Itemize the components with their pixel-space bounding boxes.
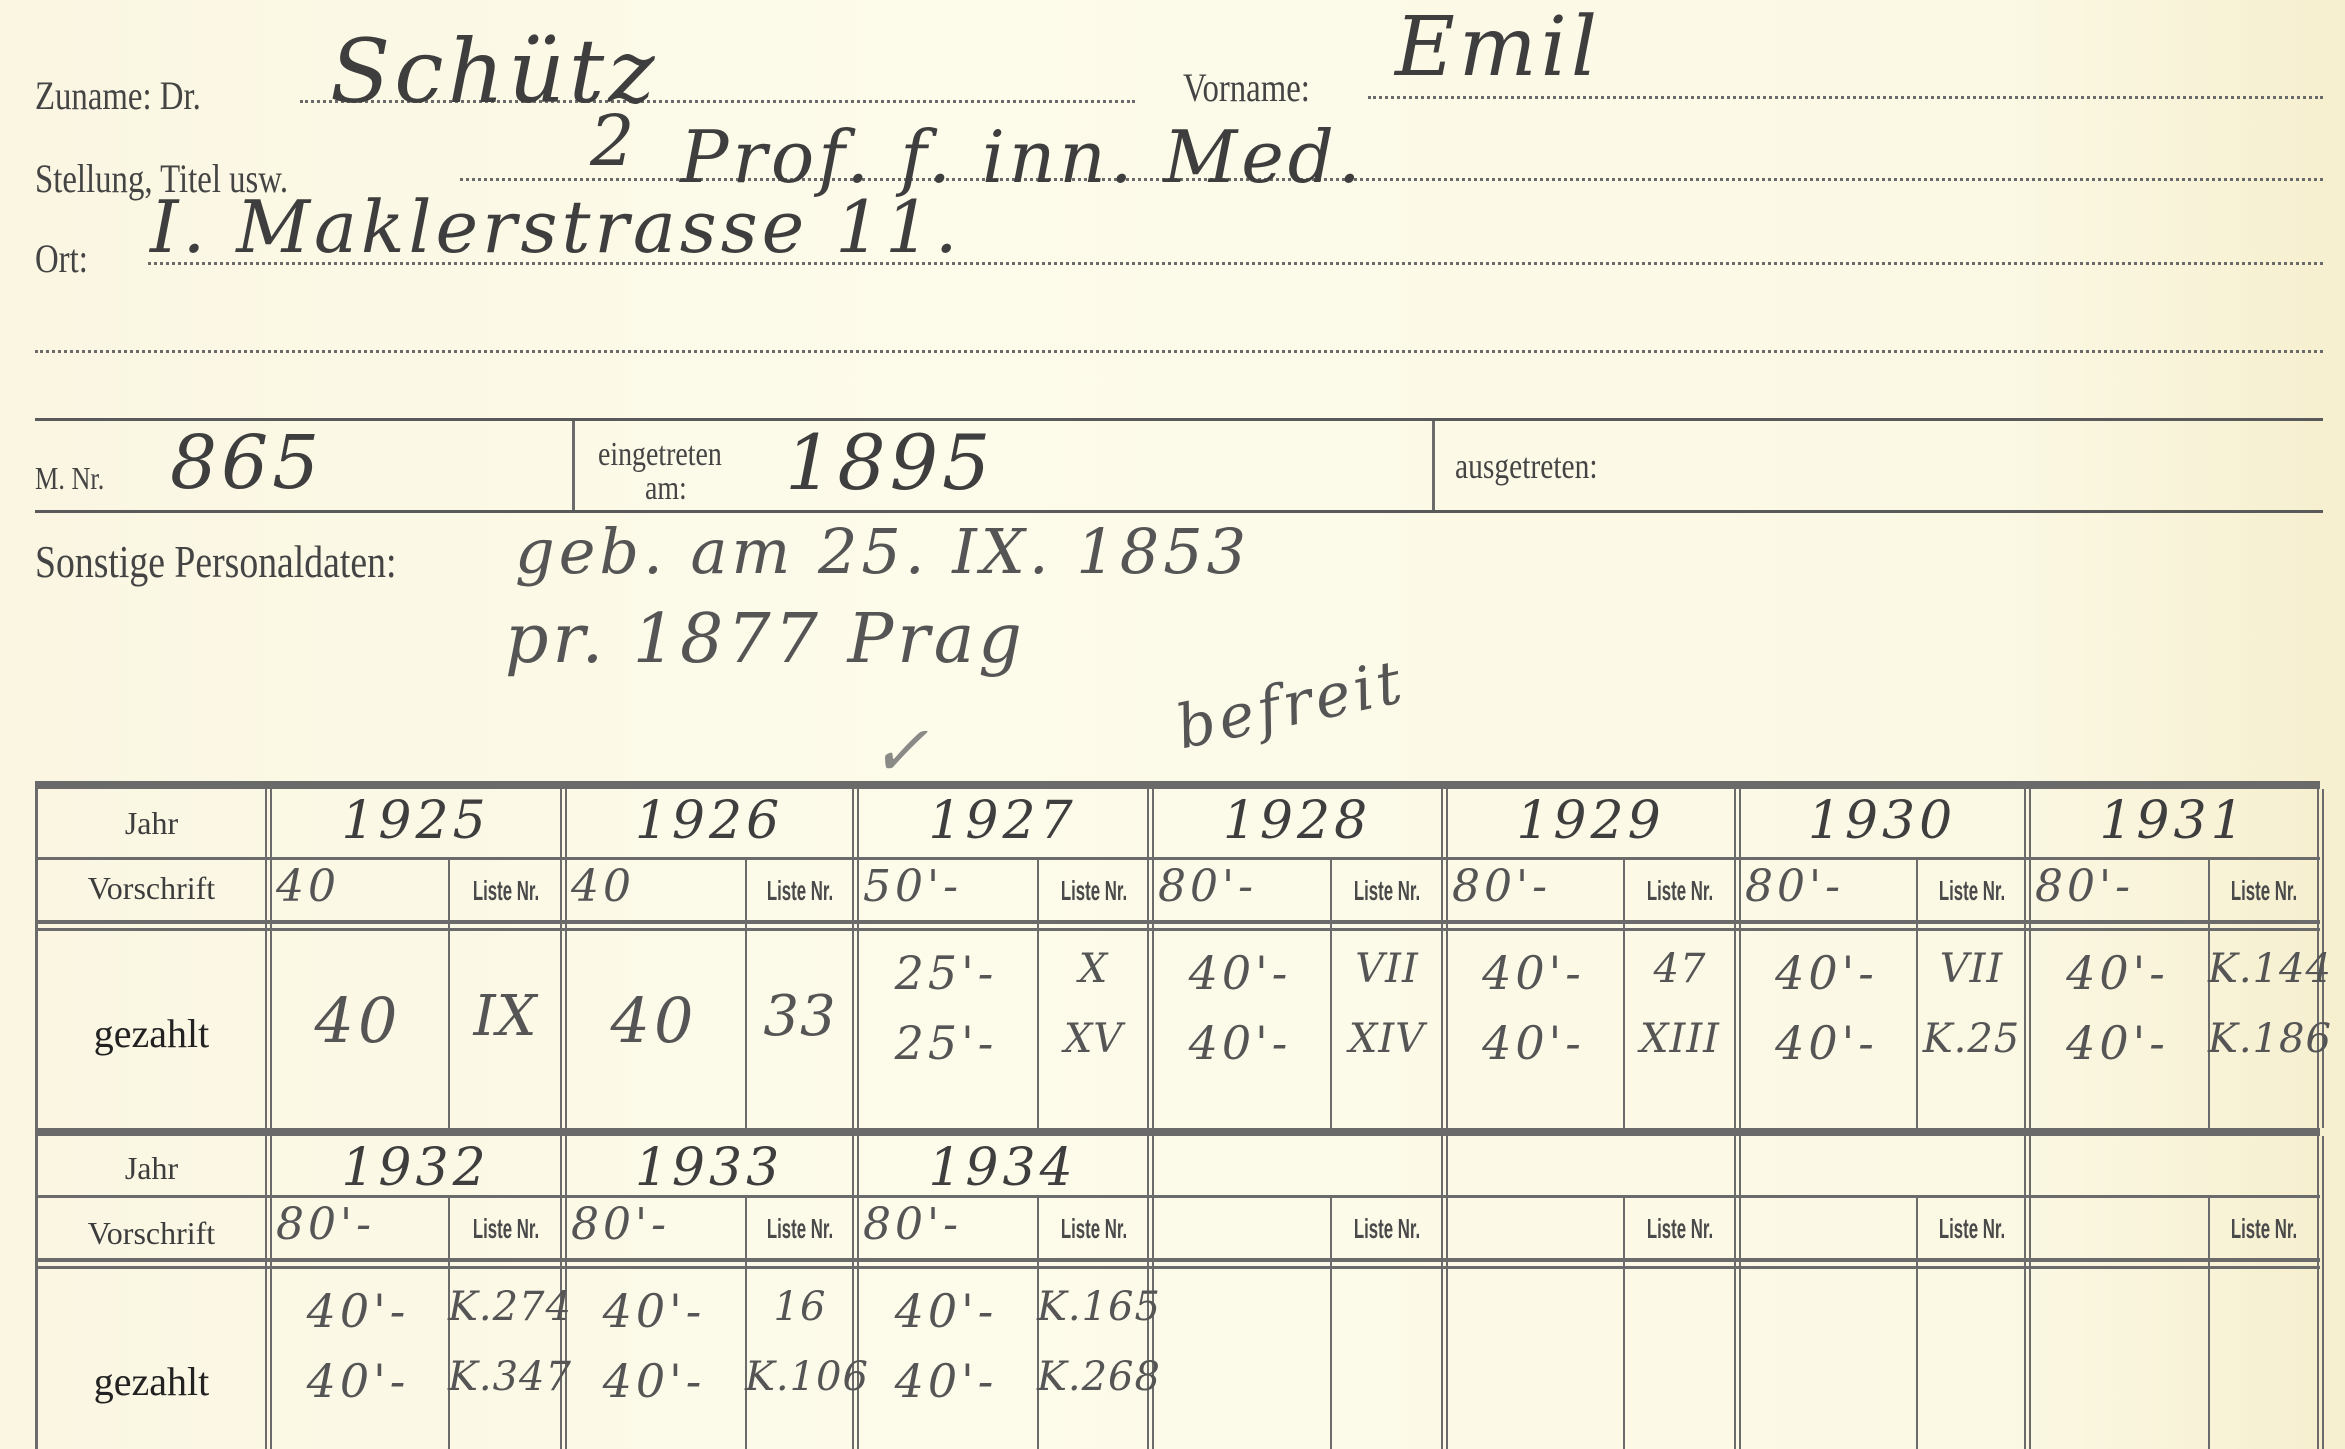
table1-gezahlt-value: 40'- bbox=[2027, 946, 2208, 1000]
table2-liste-nr-label: Liste Nr. bbox=[1052, 1213, 1136, 1245]
table1-jahr-value: 1925 bbox=[268, 791, 563, 851]
table2-vorschrift-rule-b bbox=[35, 1266, 2320, 1269]
befreit-annotation: befreit bbox=[1170, 647, 1411, 764]
table1-liste-nr-label: Liste Nr. bbox=[1345, 875, 1429, 907]
table1-liste-nr-label: Liste Nr. bbox=[464, 875, 548, 907]
table1-vorschrift-value: 80'- bbox=[1745, 861, 1904, 912]
table2-gezahlt-value: 40'- bbox=[563, 1284, 745, 1338]
table2-vorschrift-value: 80'- bbox=[571, 1199, 733, 1250]
table2-liste-value: K.106 bbox=[745, 1354, 855, 1400]
table1-liste-nr-label: Liste Nr. bbox=[1638, 875, 1722, 907]
table1-gezahlt-value: 40'- bbox=[1150, 946, 1330, 1000]
table2-liste-nr-label: Liste Nr. bbox=[2222, 1213, 2306, 1245]
table2-vorschrift-label: Vorschrift bbox=[35, 1215, 268, 1252]
mnr-value: 865 bbox=[170, 420, 323, 506]
table1-liste-divider bbox=[1916, 857, 1918, 1128]
table1-gezahlt-value: 25'- bbox=[855, 946, 1037, 1000]
table2-vorschrift-value: 80'- bbox=[276, 1199, 436, 1250]
table2-liste-divider bbox=[1623, 1195, 1625, 1449]
table1-liste-value: XIV bbox=[1330, 1016, 1444, 1062]
table1-liste-value: K.186 bbox=[2208, 1016, 2320, 1062]
table1-gezahlt-value: 40'- bbox=[1444, 946, 1623, 1000]
table2-gezahlt-label: gezahlt bbox=[35, 1358, 268, 1405]
table2-liste-value: K.165 bbox=[1037, 1284, 1150, 1330]
table2-vorschrift-value: 80'- bbox=[863, 1199, 1025, 1250]
table1-vorschrift-value: 80'- bbox=[1452, 861, 1611, 912]
table1-vorschrift-rule bbox=[35, 920, 2320, 924]
table2-gezahlt-value: 40'- bbox=[268, 1284, 448, 1338]
table2-liste-value: K.274 bbox=[448, 1284, 563, 1330]
table2-gezahlt-value: 40'- bbox=[563, 1354, 745, 1408]
table1-jahr-value: 1929 bbox=[1444, 791, 1737, 851]
eingetreten-value: 1895 bbox=[785, 418, 994, 507]
table1-gezahlt-value: 40 bbox=[268, 984, 448, 1057]
table1-gezahlt-label: gezahlt bbox=[35, 1010, 268, 1057]
table1-vorschrift-value: 80'- bbox=[1158, 861, 1318, 912]
table1-vorschrift-value: 80'- bbox=[2035, 861, 2196, 912]
table1-jahr-value: 1931 bbox=[2027, 791, 2320, 851]
table1-jahr-label: Jahr bbox=[35, 805, 268, 842]
ort-label: Ort: bbox=[35, 235, 88, 282]
checkmark-annotation: ✓ bbox=[870, 710, 933, 792]
table1-liste-value: VII bbox=[1916, 946, 2027, 992]
personal-line-1: geb. am 25. IX. 1853 bbox=[515, 515, 1250, 588]
personal-label: Sonstige Personaldaten: bbox=[35, 535, 396, 588]
table1-liste-value: 47 bbox=[1623, 946, 1737, 992]
table1-gezahlt-value: 25'- bbox=[855, 1016, 1037, 1070]
table1-vorschrift-value: 50'- bbox=[863, 861, 1025, 912]
personal-line-2: pr. 1877 Prag bbox=[505, 600, 1026, 679]
table2-gezahlt-value: 40'- bbox=[855, 1284, 1037, 1338]
table2-jahr-label: Jahr bbox=[35, 1150, 268, 1187]
table2-group-divider bbox=[2024, 1136, 2031, 1449]
membership-divider-1 bbox=[572, 421, 575, 510]
table2-liste-nr-label: Liste Nr. bbox=[1930, 1213, 2014, 1245]
zuname-label: Zuname: Dr. bbox=[35, 72, 201, 119]
table1-liste-divider bbox=[1623, 857, 1625, 1128]
table1-gezahlt-value: 40'- bbox=[1444, 1016, 1623, 1070]
membership-top-rule bbox=[35, 418, 2323, 421]
extra-mark: 2 bbox=[590, 100, 639, 182]
table2-gezahlt-value: 40'- bbox=[855, 1354, 1037, 1408]
table1-liste-nr-label: Liste Nr. bbox=[758, 875, 842, 907]
table2-liste-nr-label: Liste Nr. bbox=[1345, 1213, 1429, 1245]
table1-left-border bbox=[35, 789, 38, 1128]
vorname-label: Vorname: bbox=[1183, 64, 1310, 111]
table1-gezahlt-value: 40'- bbox=[2027, 1016, 2208, 1070]
table1-liste-value: K.144 bbox=[2208, 946, 2320, 992]
table1-liste-value: XIII bbox=[1623, 1016, 1737, 1062]
table2-liste-value: K.268 bbox=[1037, 1354, 1150, 1400]
table2-jahr-value: 1933 bbox=[563, 1138, 855, 1198]
table1-liste-divider bbox=[2208, 857, 2210, 1128]
table1-liste-divider bbox=[1037, 857, 1039, 1128]
table1-vorschrift-value: 40 bbox=[276, 861, 436, 912]
vorname-value: Emil bbox=[1395, 0, 1601, 95]
ausgetreten-label: ausgetreten: bbox=[1455, 445, 1598, 487]
table1-liste-value: VII bbox=[1330, 946, 1444, 992]
table2-liste-divider bbox=[1916, 1195, 1918, 1449]
table2-left-border bbox=[35, 1136, 38, 1449]
table2-liste-divider bbox=[2208, 1195, 2210, 1449]
table2-liste-nr-label: Liste Nr. bbox=[1638, 1213, 1722, 1245]
table2-group-divider bbox=[2317, 1136, 2324, 1449]
ort-value: I. Maklerstrasse 11. bbox=[150, 185, 962, 269]
table1-liste-value: XV bbox=[1037, 1016, 1150, 1062]
table2-group-divider bbox=[1441, 1136, 1448, 1449]
table1-vorschrift-value: 40 bbox=[571, 861, 733, 912]
table2-jahr-value: 1932 bbox=[268, 1138, 563, 1198]
eingetreten-label: eingetreten bbox=[598, 436, 722, 474]
table2-group-divider bbox=[1734, 1136, 1741, 1449]
table1-top-rule bbox=[35, 781, 2320, 789]
table1-gezahlt-value: 40'- bbox=[1737, 1016, 1916, 1070]
table1-jahr-value: 1928 bbox=[1150, 791, 1444, 851]
table2-liste-value: K.347 bbox=[448, 1354, 563, 1400]
table2-gezahlt-value: 40'- bbox=[268, 1354, 448, 1408]
table1-gezahlt-value: 40 bbox=[563, 984, 745, 1057]
table2-jahr-value: 1934 bbox=[855, 1138, 1150, 1198]
table1-vorschrift-label: Vorschrift bbox=[35, 870, 268, 907]
blank-line bbox=[35, 350, 2323, 353]
membership-bottom-rule bbox=[35, 510, 2323, 513]
membership-divider-2 bbox=[1432, 421, 1435, 510]
table1-liste-value: K.25 bbox=[1916, 1016, 2027, 1062]
table1-liste-nr-label: Liste Nr. bbox=[1052, 875, 1136, 907]
table1-gezahlt-value: 40'- bbox=[1737, 946, 1916, 1000]
table1-vorschrift-rule-b bbox=[35, 928, 2320, 931]
membership-card: Zuname: Dr. Schütz Vorname: Emil Stellun… bbox=[0, 0, 2345, 1449]
table2-liste-nr-label: Liste Nr. bbox=[464, 1213, 548, 1245]
table2-liste-value: 16 bbox=[745, 1284, 855, 1330]
vorname-line bbox=[1368, 96, 2323, 99]
table1-liste-value: IX bbox=[448, 984, 563, 1049]
table2-liste-nr-label: Liste Nr. bbox=[758, 1213, 842, 1245]
table2-liste-divider bbox=[1330, 1195, 1332, 1449]
table1-gezahlt-value: 40'- bbox=[1150, 1016, 1330, 1070]
mnr-label: M. Nr. bbox=[35, 460, 104, 497]
table1-jahr-rule bbox=[35, 857, 2320, 860]
table1-jahr-value: 1926 bbox=[563, 791, 855, 851]
eingetreten-am-label: am: bbox=[645, 470, 687, 508]
table1-liste-nr-label: Liste Nr. bbox=[1930, 875, 2014, 907]
table1-liste-value: 33 bbox=[745, 984, 855, 1049]
table1-liste-nr-label: Liste Nr. bbox=[2222, 875, 2306, 907]
table1-bottom-rule bbox=[35, 1128, 2320, 1136]
table2-vorschrift-rule bbox=[35, 1258, 2320, 1262]
table1-liste-value: X bbox=[1037, 946, 1150, 992]
table1-jahr-value: 1930 bbox=[1737, 791, 2027, 851]
table1-jahr-value: 1927 bbox=[855, 791, 1150, 851]
table1-liste-divider bbox=[1330, 857, 1332, 1128]
